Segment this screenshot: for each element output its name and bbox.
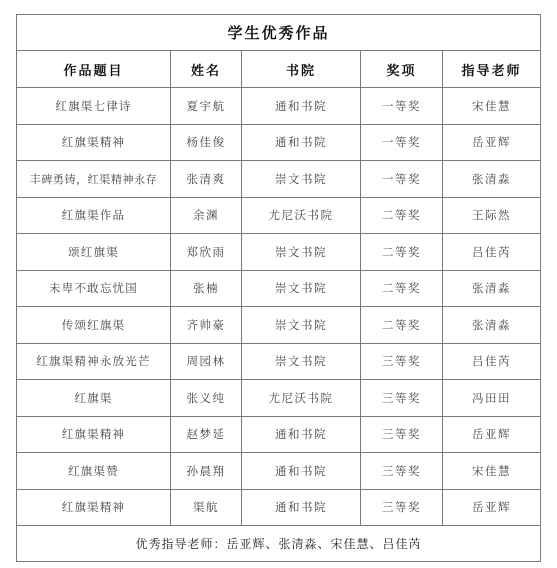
cell-award: 二等奖: [361, 307, 443, 344]
cell-award: 三等奖: [361, 453, 443, 490]
table-row: 红旗渠精神 渠航 通和书院 三等奖 岳亚辉: [17, 489, 541, 526]
cell-college: 通和书院: [242, 124, 361, 161]
cell-teacher: 吕佳芮: [443, 234, 541, 271]
cell-teacher: 宋佳慧: [443, 88, 541, 125]
table-row: 红旗渠作品 余渊 尤尼沃书院 二等奖 王际然: [17, 197, 541, 234]
cell-award: 二等奖: [361, 197, 443, 234]
cell-award: 二等奖: [361, 270, 443, 307]
header-row: 作品题目 姓名 书院 奖项 指导老师: [17, 51, 541, 88]
table-row: 丰碑勇铸，红渠精神永存 张清爽 崇文书院 一等奖 张清淼: [17, 161, 541, 198]
table-row: 红旗渠精神 杨佳俊 通和书院 一等奖 岳亚辉: [17, 124, 541, 161]
cell-student-name: 郑欣雨: [171, 234, 242, 271]
column-header-award: 奖项: [361, 51, 443, 88]
cell-college: 崇文书院: [242, 234, 361, 271]
cell-award: 三等奖: [361, 489, 443, 526]
cell-work-title: 红旗渠精神永放光芒: [17, 343, 171, 380]
table-row: 红旗渠七律诗 夏宇航 通和书院 一等奖 宋佳慧: [17, 88, 541, 125]
cell-teacher: 张清淼: [443, 161, 541, 198]
cell-college: 通和书院: [242, 88, 361, 125]
cell-work-title: 红旗渠作品: [17, 197, 171, 234]
cell-student-name: 渠航: [171, 489, 242, 526]
table-row: 红旗渠赞 孙晨翔 通和书院 三等奖 宋佳慧: [17, 453, 541, 490]
cell-teacher: 冯田田: [443, 380, 541, 417]
cell-college: 通和书院: [242, 489, 361, 526]
cell-teacher: 张清淼: [443, 270, 541, 307]
table-row: 传颂红旗渠 齐帅豪 崇文书院 二等奖 张清淼: [17, 307, 541, 344]
column-header-teacher: 指导老师: [443, 51, 541, 88]
table-row: 红旗渠 张义纯 尤尼沃书院 三等奖 冯田田: [17, 380, 541, 417]
cell-student-name: 杨佳俊: [171, 124, 242, 161]
cell-award: 二等奖: [361, 234, 443, 271]
cell-teacher: 岳亚辉: [443, 489, 541, 526]
table-title: 学生优秀作品: [17, 15, 541, 51]
cell-student-name: 夏宇航: [171, 88, 242, 125]
cell-work-title: 红旗渠精神: [17, 124, 171, 161]
cell-work-title: 颂红旗渠: [17, 234, 171, 271]
cell-teacher: 岳亚辉: [443, 124, 541, 161]
title-row: 学生优秀作品: [17, 15, 541, 51]
cell-work-title: 红旗渠: [17, 380, 171, 417]
cell-award: 一等奖: [361, 124, 443, 161]
cell-student-name: 孙晨翔: [171, 453, 242, 490]
column-header-work-title: 作品题目: [17, 51, 171, 88]
cell-work-title: 丰碑勇铸，红渠精神永存: [17, 161, 171, 198]
cell-teacher: 王际然: [443, 197, 541, 234]
cell-student-name: 周园林: [171, 343, 242, 380]
cell-award: 三等奖: [361, 380, 443, 417]
column-header-name: 姓名: [171, 51, 242, 88]
cell-teacher: 岳亚辉: [443, 416, 541, 453]
column-header-college: 书院: [242, 51, 361, 88]
cell-work-title: 传颂红旗渠: [17, 307, 171, 344]
cell-teacher: 吕佳芮: [443, 343, 541, 380]
cell-college: 崇文书院: [242, 161, 361, 198]
cell-student-name: 赵梦延: [171, 416, 242, 453]
cell-teacher: 张清淼: [443, 307, 541, 344]
outstanding-teachers-note: 优秀指导老师：岳亚辉、张清淼、宋佳慧、吕佳芮: [17, 526, 541, 562]
footer-row: 优秀指导老师：岳亚辉、张清淼、宋佳慧、吕佳芮: [17, 526, 541, 562]
table-row: 红旗渠精神永放光芒 周园林 崇文书院 三等奖 吕佳芮: [17, 343, 541, 380]
cell-student-name: 齐帅豪: [171, 307, 242, 344]
cell-student-name: 张义纯: [171, 380, 242, 417]
table-row: 红旗渠精神 赵梦延 通和书院 三等奖 岳亚辉: [17, 416, 541, 453]
cell-college: 崇文书院: [242, 270, 361, 307]
student-awards-table: 学生优秀作品 作品题目 姓名 书院 奖项 指导老师 红旗渠七律诗 夏宇航 通和书…: [16, 14, 541, 562]
cell-college: 崇文书院: [242, 343, 361, 380]
cell-college: 崇文书院: [242, 307, 361, 344]
cell-college: 通和书院: [242, 416, 361, 453]
cell-work-title: 未卑不敢忘忧国: [17, 270, 171, 307]
cell-work-title: 红旗渠赞: [17, 453, 171, 490]
cell-college: 通和书院: [242, 453, 361, 490]
cell-college: 尤尼沃书院: [242, 197, 361, 234]
cell-award: 一等奖: [361, 88, 443, 125]
cell-student-name: 张楠: [171, 270, 242, 307]
cell-student-name: 余渊: [171, 197, 242, 234]
cell-teacher: 宋佳慧: [443, 453, 541, 490]
cell-award: 三等奖: [361, 416, 443, 453]
table-row: 颂红旗渠 郑欣雨 崇文书院 二等奖 吕佳芮: [17, 234, 541, 271]
cell-work-title: 红旗渠精神: [17, 416, 171, 453]
table-body: 学生优秀作品 作品题目 姓名 书院 奖项 指导老师 红旗渠七律诗 夏宇航 通和书…: [17, 15, 541, 562]
cell-student-name: 张清爽: [171, 161, 242, 198]
cell-award: 三等奖: [361, 343, 443, 380]
cell-work-title: 红旗渠精神: [17, 489, 171, 526]
cell-work-title: 红旗渠七律诗: [17, 88, 171, 125]
cell-college: 尤尼沃书院: [242, 380, 361, 417]
cell-award: 一等奖: [361, 161, 443, 198]
table-row: 未卑不敢忘忧国 张楠 崇文书院 二等奖 张清淼: [17, 270, 541, 307]
